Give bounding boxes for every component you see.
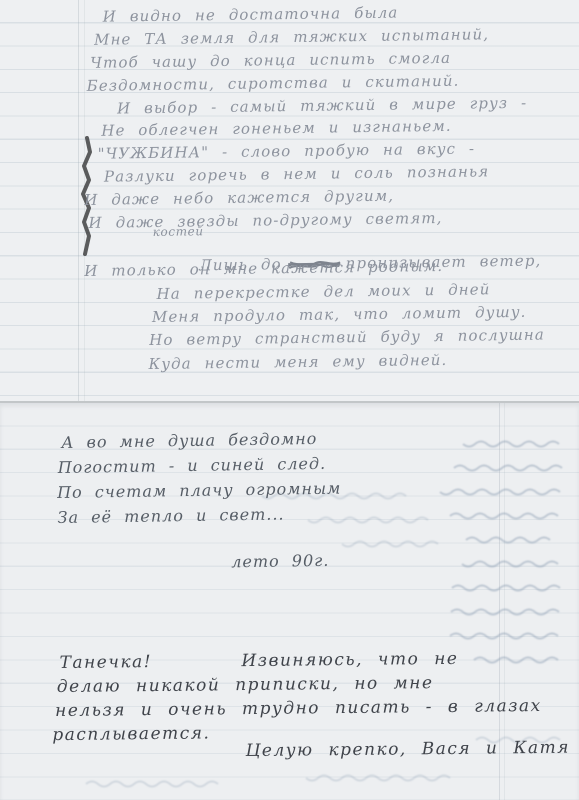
top-sheet: И видно не достаточна была Мне ТА земля … bbox=[0, 0, 579, 403]
poem-line: Мне ТА земля для тяжких испытаний, bbox=[94, 25, 489, 49]
letter-line: Танечка! Извиняюсь, что не bbox=[59, 649, 458, 673]
poem-line: Но ветру странствий буду я послушна bbox=[149, 326, 545, 350]
poem-line: Бездомности, сиротства и скитаний. bbox=[87, 72, 460, 95]
poem-line: Чтоб чашу до конца испить смогла bbox=[90, 49, 451, 72]
poem-line: И видно не достаточна была bbox=[103, 4, 399, 26]
letter-line: делаю никакой приписки, но мне bbox=[57, 673, 434, 697]
poem-line: Куда нести меня ему видней. bbox=[148, 351, 447, 373]
poem-line: И выбор - самый тяжкий в мире груз - bbox=[117, 94, 527, 118]
letter-block: Танечка! Извиняюсь, что не делаю никакой… bbox=[0, 398, 579, 800]
poem-line: Разлуки горечь в нем и соль познанья bbox=[104, 162, 490, 185]
letter-line: нельзя и очень трудно писать - в глазах bbox=[55, 696, 542, 721]
poem1-block: И видно не достаточна была Мне ТА земля … bbox=[0, 0, 579, 402]
poem-line: "ЧУЖБИНА" - слово пробую на вкус - bbox=[98, 139, 476, 162]
poem-line: На перекрестке дел моих и дней bbox=[156, 280, 490, 303]
poem-line: И даже небо кажется другим, bbox=[84, 187, 394, 209]
scanned-handwritten-page: И видно не достаточна была Мне ТА земля … bbox=[0, 0, 579, 800]
poem-line: Не облегчен гоненьем и изгнаньем. bbox=[101, 117, 452, 140]
poem-line: Меня продуло так, что ломит душу. bbox=[152, 303, 527, 326]
poem-line: И даже звезды по-другому светят, bbox=[88, 209, 442, 232]
letter-line: расплывается. bbox=[52, 723, 210, 745]
bottom-sheet: А во мне душа бездомно Погостит - и сине… bbox=[0, 403, 579, 800]
inserted-word: костей bbox=[153, 224, 204, 239]
signature-line: Целую крепко, Вася и Катя bbox=[245, 738, 570, 761]
